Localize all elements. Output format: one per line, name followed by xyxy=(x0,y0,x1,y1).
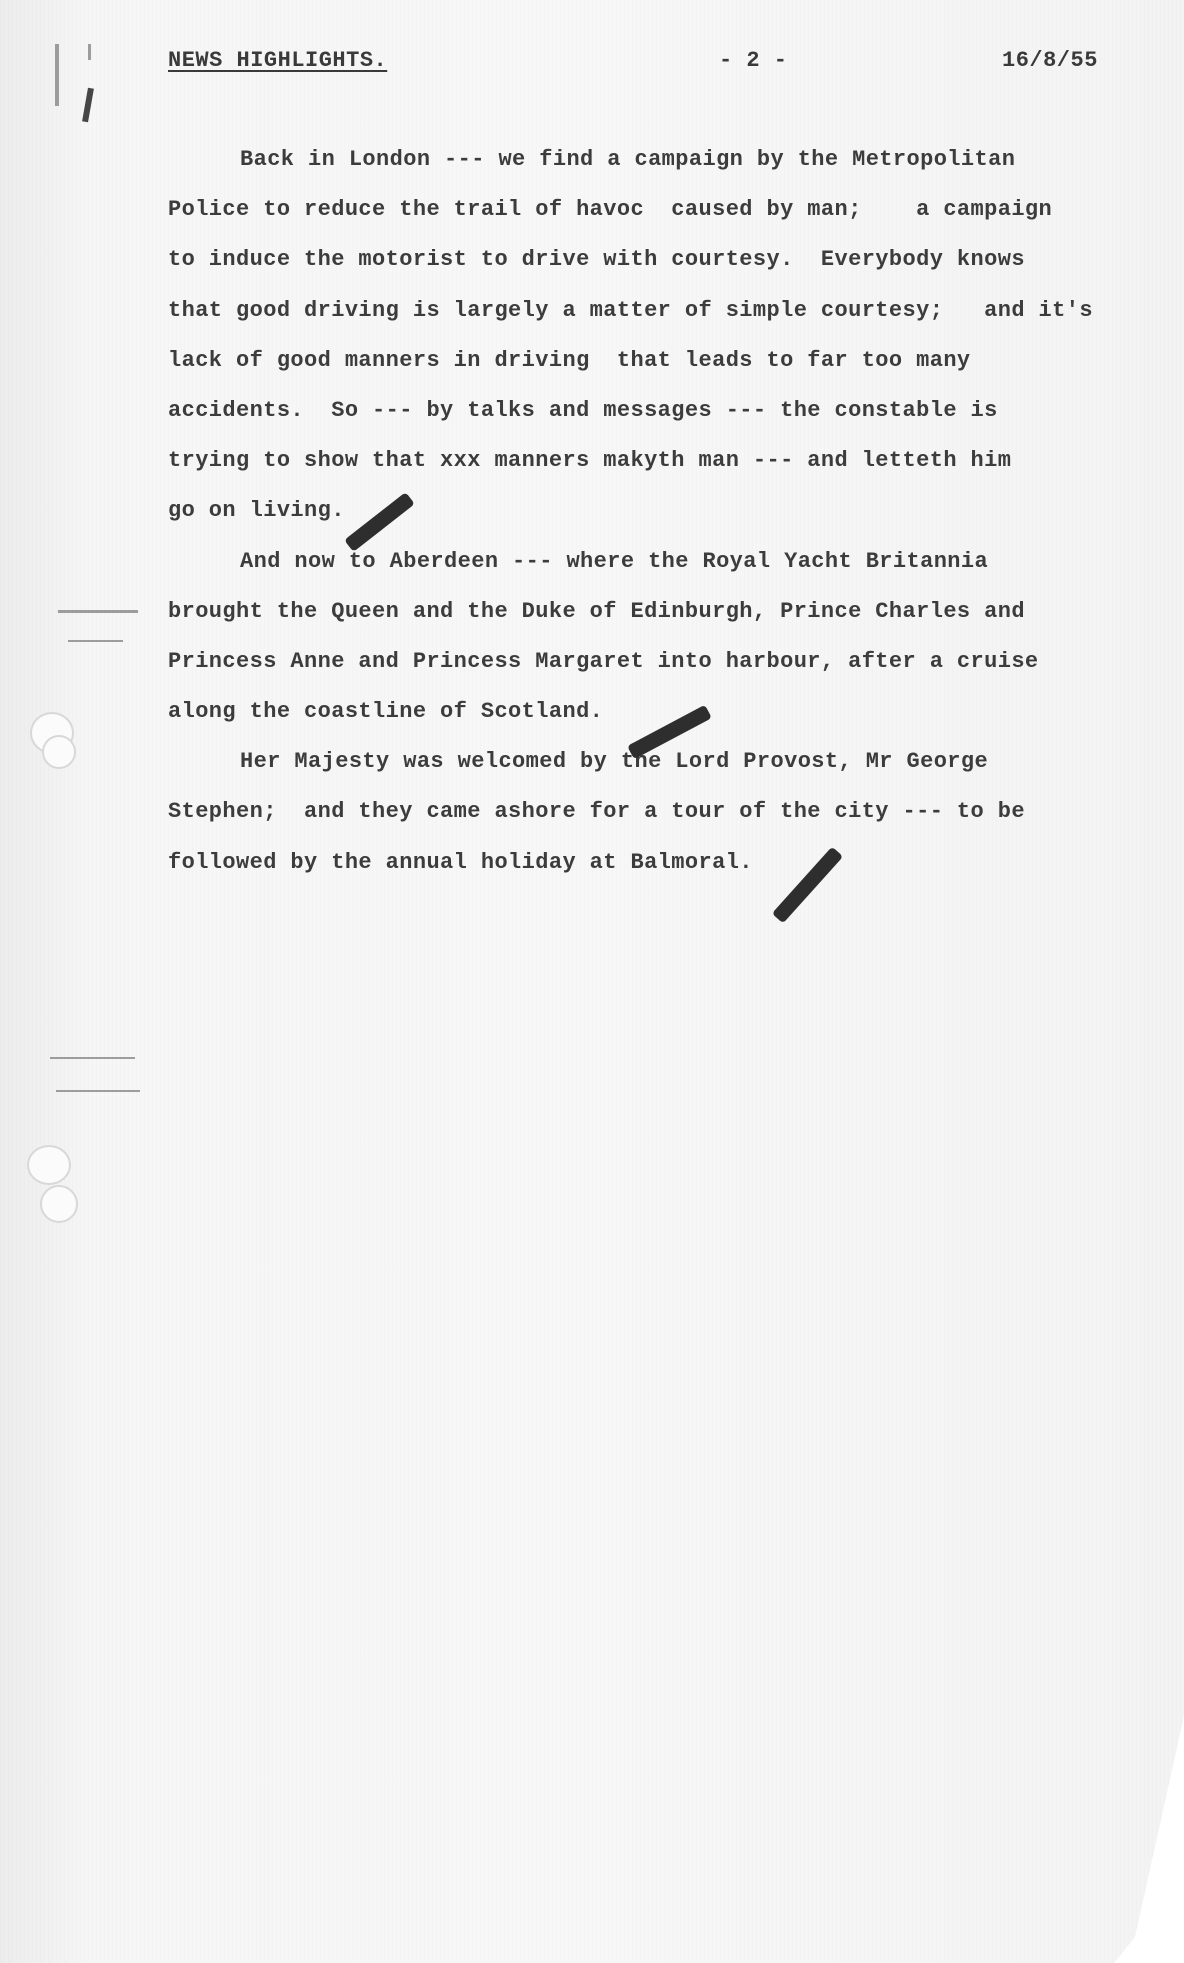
binding-mark xyxy=(50,1057,135,1059)
document-body: Back in London --- we find a campaign by… xyxy=(168,145,1178,898)
torn-page-corner xyxy=(1114,1703,1184,1963)
text-line: Her Majesty was welcomed by the Lord Pro… xyxy=(168,747,1178,797)
paragraph-aberdeen: And now to Aberdeen --- where the Royal … xyxy=(168,547,1178,748)
text-line: Stephen; and they came ashore for a tour… xyxy=(168,797,1178,847)
text-line: that good driving is largely a matter of… xyxy=(168,296,1178,346)
text-line: Princess Anne and Princess Margaret into… xyxy=(168,647,1178,697)
text-line: accidents. So --- by talks and messages … xyxy=(168,396,1178,446)
binding-mark xyxy=(56,1090,140,1092)
binding-mark xyxy=(88,44,91,60)
punch-hole xyxy=(27,1145,71,1185)
typewritten-page: NEWS HIGHLIGHTS. - 2 - 16/8/55 Back in L… xyxy=(0,0,1184,1963)
text-line: And now to Aberdeen --- where the Royal … xyxy=(168,547,1178,597)
punch-hole xyxy=(42,735,76,769)
text-line: go on living. xyxy=(168,496,1178,546)
paragraph-majesty: Her Majesty was welcomed by the Lord Pro… xyxy=(168,747,1178,898)
punch-hole xyxy=(40,1185,78,1223)
document-date: 16/8/55 xyxy=(1002,48,1098,73)
document-header: NEWS HIGHLIGHTS. - 2 - 16/8/55 xyxy=(168,48,1108,78)
text-line: followed by the annual holiday at Balmor… xyxy=(168,848,1178,898)
binding-mark xyxy=(68,640,123,642)
binding-mark xyxy=(55,44,59,106)
text-line: Back in London --- we find a campaign by… xyxy=(168,145,1178,195)
binding-mark xyxy=(82,88,94,123)
text-line: to induce the motorist to drive with cou… xyxy=(168,245,1178,295)
text-line: brought the Queen and the Duke of Edinbu… xyxy=(168,597,1178,647)
page-number: - 2 - xyxy=(719,48,788,73)
document-title: NEWS HIGHLIGHTS. xyxy=(168,48,387,73)
binding-mark xyxy=(58,610,138,613)
text-line: lack of good manners in driving that lea… xyxy=(168,346,1178,396)
paragraph-london: Back in London --- we find a campaign by… xyxy=(168,145,1178,547)
text-line: trying to show that xxx manners makyth m… xyxy=(168,446,1178,496)
text-line: Police to reduce the trail of havoc caus… xyxy=(168,195,1178,245)
